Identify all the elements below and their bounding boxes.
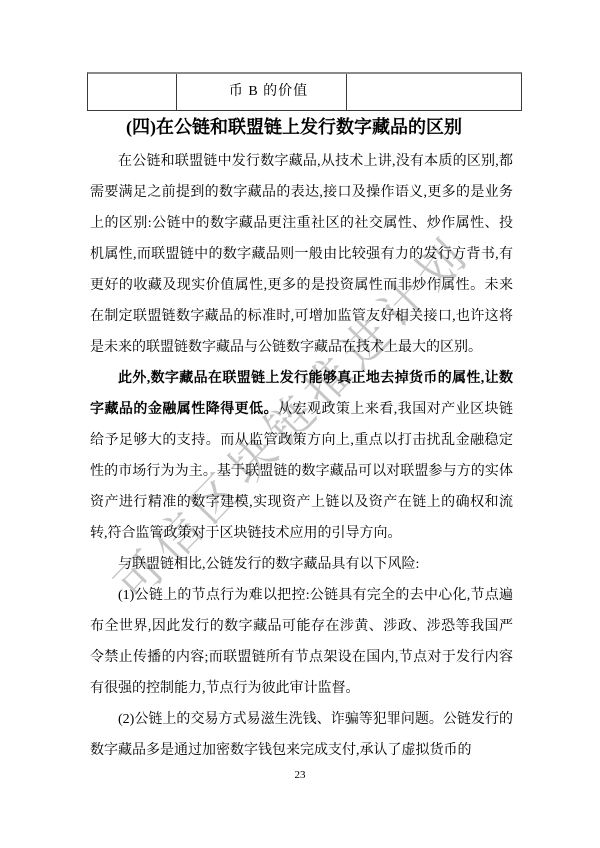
paragraph-alliance-benefit: 此外,数字藏品在联盟链上发行能够真正地去掉货币的属性,让数字藏品的金融属性降得更… [90, 363, 513, 549]
paragraph-risk-2: (2)公链上的交易方式易滋生洗钱、诈骗等犯罪问题。公链发行的数字藏品多是通过加密… [90, 704, 513, 766]
paragraph-intro: 在公链和联盟链中发行数字藏品,从技术上讲,没有本质的区别,都需要满足之前提到的数… [90, 146, 513, 363]
paragraph-risk-1: (1)公链上的节点行为难以把控:公链具有完全的去中心化,节点遍布全世界,因此发行… [90, 580, 513, 704]
section-heading: (四)在公链和联盟链上发行数字藏品的区别 [90, 113, 514, 139]
page-number: 23 [0, 769, 600, 781]
body-text: 在公链和联盟链中发行数字藏品,从技术上讲,没有本质的区别,都需要满足之前提到的数… [90, 146, 513, 766]
table-fragment: 币 B 的价值 [87, 72, 522, 111]
paragraph-alliance-benefit-rest: 从宏观政策上来看,我国对产业区块链给予足够大的支持。而从监管政策方向上,重点以打… [90, 402, 513, 541]
paragraph-risks-intro: 与联盟链相比,公链发行的数字藏品具有以下风险: [90, 549, 513, 580]
table-cell-middle: 币 B 的价值 [177, 74, 347, 110]
document-page: 可信区块链推进计划 币 B 的价值 (四)在公链和联盟链上发行数字藏品的区别 在… [0, 0, 600, 848]
table-cell-right [347, 74, 521, 110]
table-cell-left [88, 74, 177, 110]
